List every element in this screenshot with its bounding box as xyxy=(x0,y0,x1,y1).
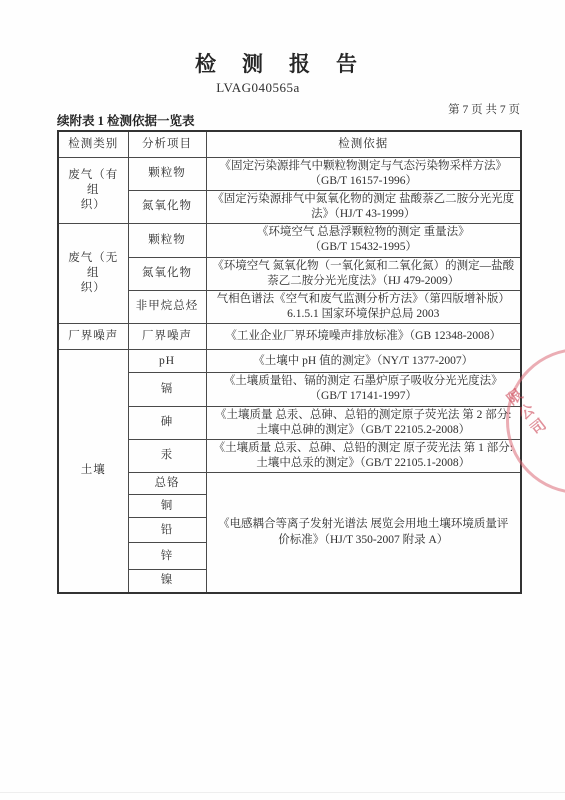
basis-cell: 《土壤质量 总汞、总砷、总铅的测定 原子荧光法 第 1 部分: 土壤中总汞的测定… xyxy=(206,439,521,472)
category-cell-fugitive-exhaust: 废气（无组 织） xyxy=(58,224,128,324)
basis-cell: 《土壤质量 总汞、总砷、总铅的测定原子荧光法 第 2 部分: 土壤中总砷的测定》… xyxy=(206,406,521,439)
item-cell: pH xyxy=(128,350,206,373)
basis-cell: 《固定污染源排气中氮氧化物的测定 盐酸萘乙二胺分光光度 法》（HJ/T 43-1… xyxy=(206,190,521,223)
item-cell: 颗粒物 xyxy=(128,157,206,190)
table-row: 砷 《土壤质量 总汞、总砷、总铅的测定原子荧光法 第 2 部分: 土壤中总砷的测… xyxy=(58,406,521,439)
item-cell: 颗粒物 xyxy=(128,224,206,257)
item-cell: 氮氧化物 xyxy=(128,190,206,223)
header-item: 分析项目 xyxy=(128,131,206,157)
table-row: 非甲烷总烃 气相色谱法《空气和废气监测分析方法》（第四版增补版） 6.1.5.1… xyxy=(58,290,521,323)
table-row: 镉 《土壤质量铅、镉的测定 石墨炉原子吸收分光光度法》 （GB/T 17141-… xyxy=(58,373,521,406)
table-row: 氮氧化物 《环境空气 氮氧化物（一氧化氮和二氧化氮）的测定—盐酸 萘乙二胺分光光… xyxy=(58,257,521,290)
item-cell: 非甲烷总烃 xyxy=(128,290,206,323)
report-number: LVAG040565a xyxy=(216,80,300,96)
item-cell: 铅 xyxy=(128,518,206,543)
scanned-report-page: 检测报告 LVAG040565a 第 7 页 共 7 页 续附表 1 检测依据一… xyxy=(0,0,565,800)
table-row: 总铬 《电感耦合等离子发射光谱法 展览会用地土壤环境质量评 价标准》（HJ/T … xyxy=(58,473,521,495)
item-cell: 氮氧化物 xyxy=(128,257,206,290)
basis-cell: 《固定污染源排气中颗粒物测定与气态污染物采样方法》 （GB/T 16157-19… xyxy=(206,157,521,190)
table-row: 氮氧化物 《固定污染源排气中氮氧化物的测定 盐酸萘乙二胺分光光度 法》（HJ/T… xyxy=(58,190,521,223)
page-title: 检测报告 xyxy=(169,48,383,78)
category-cell-soil: 土壤 xyxy=(58,350,128,593)
basis-cell-merged-icp: 《电感耦合等离子发射光谱法 展览会用地土壤环境质量评 价标准》（HJ/T 350… xyxy=(206,473,521,593)
table-row: 汞 《土壤质量 总汞、总砷、总铅的测定 原子荧光法 第 1 部分: 土壤中总汞的… xyxy=(58,439,521,472)
table-row: 废气（有组 织） 颗粒物 《固定污染源排气中颗粒物测定与气态污染物采样方法》 （… xyxy=(58,157,521,190)
basis-cell: 《土壤中 pH 值的测定》（NY/T 1377-2007） xyxy=(206,350,521,373)
category-cell-organized-exhaust: 废气（有组 织） xyxy=(58,157,128,224)
table-caption: 续附表 1 检测依据一览表 xyxy=(57,111,195,129)
item-cell: 镉 xyxy=(128,373,206,406)
basis-cell: 《工业企业厂界环境噪声排放标准》（GB 12348-2008） xyxy=(206,324,521,350)
basis-cell: 《环境空气 氮氧化物（一氧化氮和二氧化氮）的测定—盐酸 萘乙二胺分光光度法》（H… xyxy=(206,257,521,290)
item-cell: 铜 xyxy=(128,495,206,518)
category-cell-boundary-noise: 厂界噪声 xyxy=(58,324,128,350)
basis-cell: 气相色谱法《空气和废气监测分析方法》（第四版增补版） 6.1.5.1 国家环境保… xyxy=(206,290,521,323)
item-cell: 汞 xyxy=(128,439,206,472)
scan-artifact-line xyxy=(0,792,565,793)
item-cell: 砷 xyxy=(128,406,206,439)
page-indicator: 第 7 页 共 7 页 xyxy=(448,101,520,117)
basis-cell: 《土壤质量铅、镉的测定 石墨炉原子吸收分光光度法》 （GB/T 17141-19… xyxy=(206,373,521,406)
item-cell: 厂界噪声 xyxy=(128,324,206,350)
header-category: 检测类别 xyxy=(58,131,128,157)
test-basis-table: 检测类别 分析项目 检测依据 废气（有组 织） 颗粒物 《固定污染源排气中颗粒物… xyxy=(57,130,522,594)
item-cell: 总铬 xyxy=(128,473,206,495)
item-cell: 镍 xyxy=(128,570,206,593)
item-cell: 锌 xyxy=(128,543,206,570)
table-row: 土壤 pH 《土壤中 pH 值的测定》（NY/T 1377-2007） xyxy=(58,350,521,373)
table-row: 厂界噪声 厂界噪声 《工业企业厂界环境噪声排放标准》（GB 12348-2008… xyxy=(58,324,521,350)
table-row: 废气（无组 织） 颗粒物 《环境空气 总悬浮颗粒物的测定 重量法》 （GB/T … xyxy=(58,224,521,257)
header-basis: 检测依据 xyxy=(206,131,521,157)
table-header-row: 检测类别 分析项目 检测依据 xyxy=(58,131,521,157)
basis-cell: 《环境空气 总悬浮颗粒物的测定 重量法》 （GB/T 15432-1995） xyxy=(206,224,521,257)
